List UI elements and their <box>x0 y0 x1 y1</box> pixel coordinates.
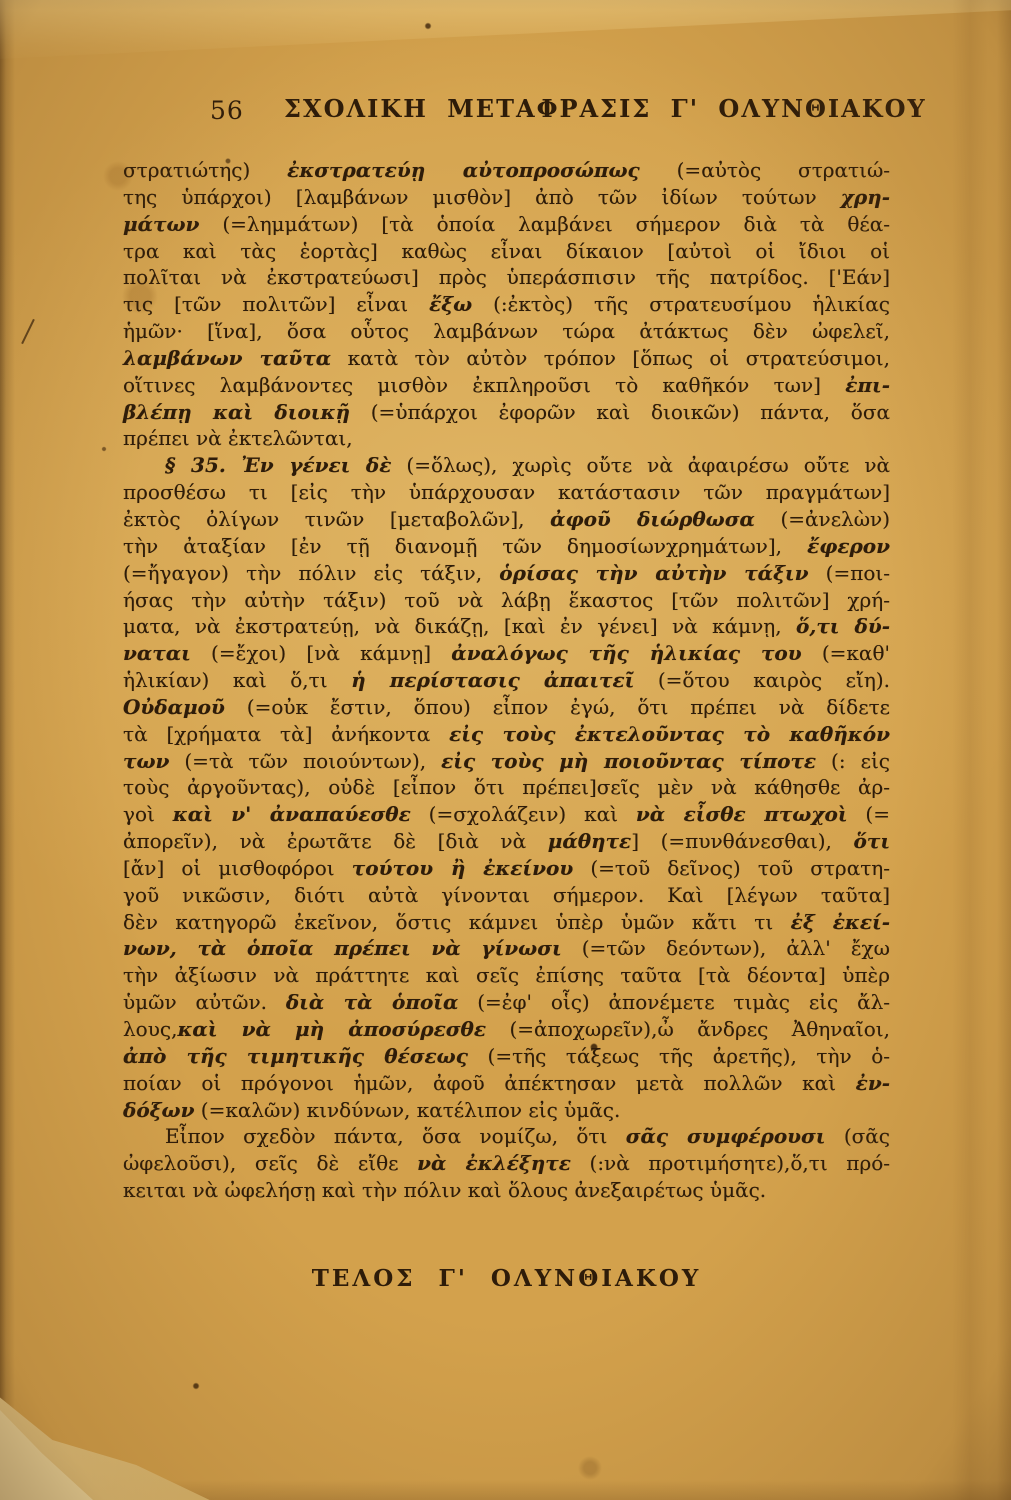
paper-crease-top <box>0 0 1011 64</box>
text-line: ναται (=ἔχοι) [νὰ κάμνῃ] ἀναλόγως τῆς ἡλ… <box>123 640 890 667</box>
text-segment: λους, <box>123 1017 177 1041</box>
text-segment: (=οὐκ ἔστιν, ὅπου) εἶπον ἐγώ, ὅτι πρέπει… <box>225 695 890 719</box>
text-line: νων, τὰ ὁποῖα πρέπει νὰ γίνωσι (=τῶν δεό… <box>123 935 890 962</box>
text-segment: πρέπει νὰ ἐκτελῶνται, <box>123 426 353 450</box>
gloss-term: σᾶς συμφέρουσι <box>626 1124 826 1148</box>
text-segment: οἵτινες λαμβάνοντες μισθὸν ἐκπληροῦσι τὸ… <box>123 373 845 397</box>
text-line: ἡμῶν· [ἵνα], ὅσα οὗτος λαμβάνων τώρα ἀτά… <box>123 318 890 345</box>
text-line: δὲν κατηγορῶ ἐκεῖνον, ὅστις κάμνει ὑπὲρ … <box>123 909 890 936</box>
gloss-term: καὶ νὰ μὴ ἀποσύρεσθε <box>177 1017 486 1041</box>
text-segment: τὰ [χρήματα τὰ] ἀνήκοντα <box>123 722 449 746</box>
gloss-term: ὁρίσας τὴν αὐτὴν τάξιν <box>499 561 808 585</box>
gloss-term: ἡ περίστασις ἀπαιτεῖ <box>351 668 634 692</box>
gloss-term: ἐξ ἐκεί- <box>791 910 890 934</box>
gloss-term: ναται <box>123 641 191 665</box>
text-line: οἵτινες λαμβάνοντες μισθὸν ἐκπληροῦσι τὸ… <box>123 372 890 399</box>
gloss-term: ἀφοῦ διώρθωσα <box>550 507 755 531</box>
gloss-term: ὅτι <box>854 829 890 853</box>
footer-title: ΤΕΛΟΣ Γ' ΟΛΥΝΘΙΑΚΟΥ <box>123 1265 890 1292</box>
text-line: ματα, νὰ ἐκστρατεύῃ, νὰ δικάζῃ, [καὶ ἐν … <box>123 613 890 640</box>
gloss-term: διὰ τὰ ὁποῖα <box>286 990 459 1014</box>
text-line: κειται νὰ ὠφελήσῃ καὶ τὴν πόλιν καὶ ὅλου… <box>123 1177 890 1204</box>
text-segment: (=ἔχοι) [νὰ κάμνῃ] <box>191 641 452 665</box>
text-line: ἡλικίαν) καὶ ὅ,τι ἡ περίστασις ἀπαιτεῖ (… <box>123 667 890 694</box>
gloss-term: νὰ εἶσθε πτωχοὶ <box>636 802 848 826</box>
text-segment: (=ἤγαγον) τὴν πόλιν εἰς τάξιν, <box>123 561 499 585</box>
text-line: τις [τῶν πολιτῶν] εἶναι ἔξω (:ἐκτὸς) τῆς… <box>123 291 890 318</box>
gloss-term: καὶ ν' ἀναπαύεσθε <box>173 802 411 826</box>
gloss-term: ἐπι- <box>845 373 890 397</box>
text-segment: προσθέσω τι [εἰς τὴν ὑπάρχουσαν κατάστασ… <box>123 480 890 504</box>
text-segment: (σᾶς <box>825 1124 890 1148</box>
text-segment: (=τῆς τάξεως τῆς ἀρετῆς), τὴν ὁ- <box>468 1044 890 1068</box>
text-segment: (=ὑπάρχοι ἐφορῶν καὶ διοικῶν) πάντα, ὅσα <box>350 400 890 424</box>
text-segment: γοὶ <box>123 802 173 826</box>
gloss-term: των <box>123 749 169 773</box>
text-line: βλέπῃ καὶ διοικῇ (=ὑπάρχοι ἐφορῶν καὶ δι… <box>123 399 890 426</box>
text-segment: (=τὰ τῶν ποιούντων), <box>169 749 441 773</box>
gloss-term: βλέπῃ καὶ διοικῇ <box>123 400 350 424</box>
text-line: ἐκτὸς ὀλίγων τινῶν [μεταβολῶν], ἀφοῦ διώ… <box>123 506 890 533</box>
text-segment: [ἄν] οἱ μισθοφόροι <box>123 856 352 880</box>
gloss-term: νων, τὰ ὁποῖα πρέπει νὰ γίνωσι <box>123 936 562 960</box>
gloss-term: λαμβάνων ταῦτα <box>123 346 331 370</box>
text-segment: ποίαν οἱ πρόγονοι ἡμῶν, ἀφοῦ ἀπέκτησαν μ… <box>123 1071 856 1095</box>
text-segment: (:ἐκτὸς) τῆς στρατευσίμου ἡλικίας <box>472 292 890 316</box>
text-segment: (=τοῦ δεῖνος) τοῦ στρατη- <box>573 856 890 880</box>
text-line: της ὑπάρχοι) [λαμβάνων μισθὸν] ἀπὸ τῶν ἰ… <box>123 184 890 211</box>
text-segment: Εἶπον σχεδὸν πάντα, ὅσα νομίζω, ὅτι <box>165 1124 626 1148</box>
text-segment: (: εἰς <box>816 749 890 773</box>
paper-crease-right <box>952 0 988 1500</box>
text-segment: δὲν κατηγορῶ ἐκεῖνον, ὅστις κάμνει ὑπὲρ … <box>123 910 791 934</box>
text-line: Εἶπον σχεδὸν πάντα, ὅσα νομίζω, ὅτι σᾶς … <box>123 1123 890 1150</box>
margin-mark <box>21 319 35 344</box>
text-segment: (=τῶν δεόντων), ἀλλ' ἔχω <box>562 936 890 960</box>
text-segment: ἡλικίαν) καὶ ὅ,τι <box>123 668 351 692</box>
gloss-term: Οὐδαμοῦ <box>123 695 225 719</box>
text-line: ποίαν οἱ πρόγονοι ἡμῶν, ἀφοῦ ἀπέκτησαν μ… <box>123 1070 890 1097</box>
text-segment: (=καλῶν) κινδύνων, κατέλιπον εἰς ὑμᾶς. <box>194 1098 620 1122</box>
text-line: τὴν ἀξίωσιν νὰ πράττητε καὶ σεῖς ἐπίσης … <box>123 962 890 989</box>
gloss-term: τούτου ἢ ἐκείνου <box>352 856 573 880</box>
text-segment: ἡμῶν· [ἵνα], ὅσα οὗτος λαμβάνων τώρα ἀτά… <box>123 319 890 343</box>
text-line: (=ἤγαγον) τὴν πόλιν εἰς τάξιν, ὁρίσας τὴ… <box>123 560 890 587</box>
text-segment: τις [τῶν πολιτῶν] εἶναι <box>123 292 429 316</box>
text-line: πολῖται νὰ ἐκστρατεύωσι] πρὸς ὑπεράσπισι… <box>123 264 890 291</box>
text-segment: στρατιώτης) <box>123 158 287 182</box>
text-segment: (:νὰ προτιμήσητε),ὅ,τι πρό- <box>571 1151 890 1175</box>
gloss-term: μάθητε <box>548 829 632 853</box>
text-segment: (=ποι- <box>808 561 890 585</box>
text-segment: ματα, νὰ ἐκστρατεύῃ, νὰ δικάζῃ, [καὶ ἐν … <box>123 614 796 638</box>
text-segment: της ὑπάρχοι) [λαμβάνων μισθὸν] ἀπὸ τῶν ἰ… <box>123 185 841 209</box>
text-line: μάτων (=λημμάτων) [τὰ ὁποία λαμβάνει σήμ… <box>123 211 890 238</box>
gloss-term: ἔξω <box>429 292 472 316</box>
body-text: στρατιώτης) ἐκστρατεύῃ αὐτοπροσώπως (=αὐ… <box>123 157 890 1204</box>
text-segment: (=λημμάτων) [τὰ ὁποία λαμβάνει σήμερον δ… <box>199 212 890 236</box>
gloss-term: εἰς τοὺς ἐκτελοῦντας τὸ καθῆκόν <box>449 722 890 746</box>
text-segment: (=σχολάζειν) καὶ <box>411 802 636 826</box>
gloss-term: εἰς τοὺς μὴ ποιοῦντας τίποτε <box>441 749 816 773</box>
text-line: τὰ [χρήματα τὰ] ἀνήκοντα εἰς τοὺς ἐκτελο… <box>123 721 890 748</box>
text-line: Οὐδαμοῦ (=οὐκ ἔστιν, ὅπου) εἶπον ἐγώ, ὅτ… <box>123 694 890 721</box>
text-segment: γοῦ νικῶσιν, διότι αὐτὰ γίνονται σήμερον… <box>123 883 890 907</box>
text-segment: ἀπορεῖν), νὰ ἐρωτᾶτε δὲ [διὰ νὰ <box>123 829 548 853</box>
text-line: γοῦ νικῶσιν, διότι αὐτὰ γίνονται σήμερον… <box>123 882 890 909</box>
text-segment: (=αὐτὸς στρατιώ- <box>640 158 890 182</box>
text-segment: ήσας τὴν αὐτὴν τάξιν) τοῦ νὰ λάβῃ ἕκαστο… <box>123 588 890 612</box>
gloss-term: ἔφερον <box>807 534 890 558</box>
gloss-term: ἐν- <box>856 1071 890 1095</box>
text-segment: πολῖται νὰ ἐκστρατεύωσι] πρὸς ὑπεράσπισι… <box>123 265 890 289</box>
text-segment: (=καθ' <box>802 641 890 665</box>
text-line: τὴν ἀταξίαν [ἐν τῇ διανομῇ τῶν δημοσίωνχ… <box>123 533 890 560</box>
text-segment: (=ἐφ' οἷς) ἀπονέμετε τιμὰς εἰς ἄλ- <box>458 990 890 1014</box>
paper-tear-outer <box>0 1375 262 1500</box>
text-line: πρέπει νὰ ἐκτελῶνται, <box>123 425 890 452</box>
text-line: τρα καὶ τὰς ἑορτὰς] καθὼς εἶναι δίκαιον … <box>123 238 890 265</box>
text-line: ἀπορεῖν), νὰ ἐρωτᾶτε δὲ [διὰ νὰ μάθητε] … <box>123 828 890 855</box>
text-segment: ἐκτὸς ὀλίγων τινῶν [μεταβολῶν], <box>123 507 550 531</box>
gloss-term: ἀναλόγως τῆς ἡλικίας του <box>451 641 801 665</box>
gloss-term: μάτων <box>123 212 199 236</box>
text-line: ὠφελοῦσι), σεῖς δὲ εἴθε νὰ ἐκλέξητε (:νὰ… <box>123 1150 890 1177</box>
text-segment: τὴν ἀξίωσιν νὰ πράττητε καὶ σεῖς ἐπίσης … <box>123 963 890 987</box>
text-line: στρατιώτης) ἐκστρατεύῃ αὐτοπροσώπως (=αὐ… <box>123 157 890 184</box>
page-number: 56 <box>210 96 244 125</box>
text-segment: (=ἀνελὼν) <box>755 507 890 531</box>
gloss-term: ἀπὸ τῆς τιμητικῆς θέσεως <box>123 1044 468 1068</box>
text-line: § 35. Ἐν γένει δὲ (=ὅλως), χωρὶς οὔτε νὰ… <box>123 452 890 479</box>
text-segment: τὴν ἀταξίαν [ἐν τῇ διανομῇ τῶν δημοσίωνχ… <box>123 534 807 558</box>
text-line: γοὶ καὶ ν' ἀναπαύεσθε (=σχολάζειν) καὶ ν… <box>123 801 890 828</box>
text-segment: κατὰ τὸν αὐτὸν τρόπον [ὅπως οἱ στρατεύσι… <box>331 346 890 370</box>
text-segment: κειται νὰ ὠφελήσῃ καὶ τὴν πόλιν καὶ ὅλου… <box>123 1178 766 1202</box>
gloss-term: δόξων <box>123 1098 194 1122</box>
book-page: 56 ΣΧΟΛΙΚΗ ΜΕΤΑΦΡΑΣΙΣ Γ' ΟΛΥΝΘΙΑΚΟΥ στρα… <box>0 0 1011 1500</box>
gloss-term: ὅ,τι δύ- <box>796 614 890 638</box>
text-line: ήσας τὴν αὐτὴν τάξιν) τοῦ νὰ λάβῃ ἕκαστο… <box>123 587 890 614</box>
text-line: δόξων (=καλῶν) κινδύνων, κατέλιπον εἰς ὑ… <box>123 1097 890 1124</box>
paper-tear-inner <box>0 1410 150 1500</box>
text-line: των (=τὰ τῶν ποιούντων), εἰς τοὺς μὴ ποι… <box>123 748 890 775</box>
text-line: τοὺς ἀργοῦντας), οὐδὲ [εἶπον ὅτι πρέπει]… <box>123 774 890 801</box>
text-segment: (=ὅλως), χωρὶς οὔτε νὰ ἀφαιρέσω οὔτε νὰ <box>391 453 890 477</box>
text-line: προσθέσω τι [εἰς τὴν ὑπάρχουσαν κατάστασ… <box>123 479 890 506</box>
text-line: ἀπὸ τῆς τιμητικῆς θέσεως (=τῆς τάξεως τῆ… <box>123 1043 890 1070</box>
text-segment: ὑμῶν αὐτῶν. <box>123 990 286 1014</box>
gloss-term: χρη- <box>841 185 890 209</box>
page-title: ΣΧΟΛΙΚΗ ΜΕΤΑΦΡΑΣΙΣ Γ' ΟΛΥΝΘΙΑΚΟΥ <box>284 94 927 123</box>
text-segment: τοὺς ἀργοῦντας), οὐδὲ [εἶπον ὅτι πρέπει]… <box>123 775 890 799</box>
gloss-term: νὰ ἐκλέξητε <box>417 1151 571 1175</box>
text-segment: (=ἀποχωρεῖν),ὦ ἄνδρες Ἀθηναῖοι, <box>486 1017 890 1041</box>
gloss-term: § 35. Ἐν γένει δὲ <box>165 453 391 477</box>
text-segment: (= <box>848 802 890 826</box>
text-line: [ἄν] οἱ μισθοφόροι τούτου ἢ ἐκείνου (=το… <box>123 855 890 882</box>
text-segment: τρα καὶ τὰς ἑορτὰς] καθὼς εἶναι δίκαιον … <box>123 239 890 263</box>
text-segment: ὠφελοῦσι), σεῖς δὲ εἴθε <box>123 1151 417 1175</box>
text-line: ὑμῶν αὐτῶν. διὰ τὰ ὁποῖα (=ἐφ' οἷς) ἀπον… <box>123 989 890 1016</box>
text-line: λαμβάνων ταῦτα κατὰ τὸν αὐτὸν τρόπον [ὅπ… <box>123 345 890 372</box>
text-line: λους,καὶ νὰ μὴ ἀποσύρεσθε (=ἀποχωρεῖν),ὦ… <box>123 1016 890 1043</box>
text-segment: ] (=πυνθάνεσθαι), <box>631 829 853 853</box>
gloss-term: ἐκστρατεύῃ αὐτοπροσώπως <box>287 158 640 182</box>
text-segment: (=ὅτου καιρὸς εἴη). <box>634 668 890 692</box>
